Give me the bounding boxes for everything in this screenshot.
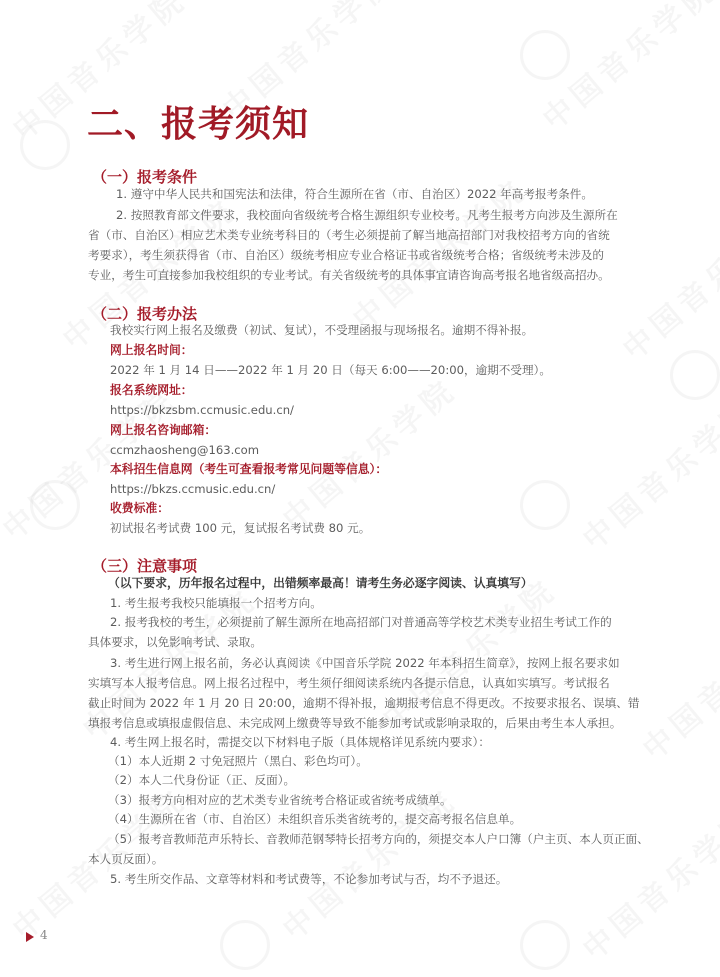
label-registration-time: 网上报名时间： — [110, 343, 193, 357]
label-registration-url: 报名系统网址： — [110, 383, 193, 397]
label-info-website: 本科招生信息网（考生可查看报考常见问题等信息）： — [110, 462, 387, 476]
list-item: （1）本人近期 2 寸免冠照片（黑白、彩色均可）。 — [108, 754, 368, 768]
paragraph-line: 4. 考生网上报名时，需提交以下材料电子版（具体规格详见系统内要求）： — [110, 735, 490, 749]
paragraph-line: 1. 考生报考我校只能填报一个招考方向。 — [110, 596, 322, 610]
link-info-website[interactable]: https://bkzs.ccmusic.edu.cn/ — [110, 482, 275, 496]
page-arrow-icon — [26, 932, 34, 942]
page-title: 二、报考须知 — [87, 96, 309, 147]
paragraph-line: 截止时间为 2022 年 1 月 20 日 20:00，逾期不得补报，逾期报考信… — [88, 696, 639, 710]
paragraph-line: 我校实行网上报名及缴费（初试、复试），不受理函报与现场报名。逾期不得补报。 — [110, 323, 533, 337]
list-item: 本人页反面）。 — [88, 852, 163, 866]
list-item: （4）生源所在省（市、自治区）未组织音乐类省统考的，提交高考报名信息单。 — [108, 812, 521, 826]
link-consult-email[interactable]: ccmzhaosheng@163.com — [110, 443, 259, 457]
label-consult-email: 网上报名咨询邮箱： — [110, 423, 216, 437]
list-item: （2）本人二代身份证（正、反面）。 — [108, 773, 295, 787]
paragraph-line: 具体要求，以免影响考试、录取。 — [88, 635, 262, 649]
section-heading-notes: （三）注意事项 — [92, 555, 197, 576]
value-fee-standard: 初试报名考试费 100 元，复试报名考试费 80 元。 — [110, 521, 370, 535]
list-item: （5）报考音教师范声乐特长、音教师范钢琴特长招考方向的，须提交本人户口簿（户主页… — [108, 832, 649, 846]
section-heading-method: （二）报考办法 — [92, 303, 197, 324]
paragraph-line: 专业，考生可直接参加我校组织的专业考试。有关省级统考的具体事宜请咨询高考报名地省… — [88, 268, 610, 282]
paragraph-line: 2. 报考我校的考生，必须提前了解生源所在地高招部门对普通高等学校艺术类专业招生… — [110, 615, 612, 629]
list-item: （3）报考方向相对应的艺术类专业省统考合格证或省统考成绩单。 — [108, 793, 452, 807]
label-fee-standard: 收费标准： — [110, 501, 169, 515]
value-registration-time: 2022 年 1 月 14 日——2022 年 1 月 20 日（每天 6:00… — [110, 363, 551, 377]
paragraph-line: 1. 遵守中华人民共和国宪法和法律，符合生源所在省（市、自治区）2022 年高考… — [116, 187, 593, 201]
paragraph-line: 实填写本人报考信息。网上报名过程中，考生须仔细阅读系统内各提示信息，认真如实填写… — [88, 676, 610, 690]
link-registration-url[interactable]: https://bkzsbm.ccmusic.edu.cn/ — [110, 403, 294, 417]
paragraph-line: 2. 按照教育部文件要求，我校面向省级统考合格生源组织专业校考。凡考生报考方向涉… — [116, 208, 618, 222]
paragraph-line: 考要求），考生须获得省（市、自治区）级统考相应专业合格证书或省级统考合格；省级统… — [88, 248, 604, 262]
section-heading-conditions: （一）报考条件 — [92, 166, 197, 187]
paragraph-line: 3. 考生进行网上报名前，务必认真阅读《中国音乐学院 2022 年本科招生简章》… — [110, 656, 620, 670]
paragraph-line: 省（市、自治区）相应艺术类专业统考科目的（考生必须提前了解当地高招部门对我校招考… — [88, 228, 610, 242]
page-number: 4 — [40, 928, 48, 942]
notice-text: （以下要求，历年报名过程中，出错频率最高！请考生务必逐字阅读、认真填写） — [108, 576, 533, 590]
document-page: 二、报考须知 （一）报考条件 1. 遵守中华人民共和国宪法和法律，符合生源所在省… — [0, 0, 720, 977]
paragraph-line: 填报考信息或填报虚假信息、未完成网上缴费等导致不能参加考试或影响录取的，后果由考… — [88, 716, 621, 730]
paragraph-line: 5. 考生所交作品、文章等材料和考试费等，不论参加考试与否，均不予退还。 — [110, 872, 507, 886]
